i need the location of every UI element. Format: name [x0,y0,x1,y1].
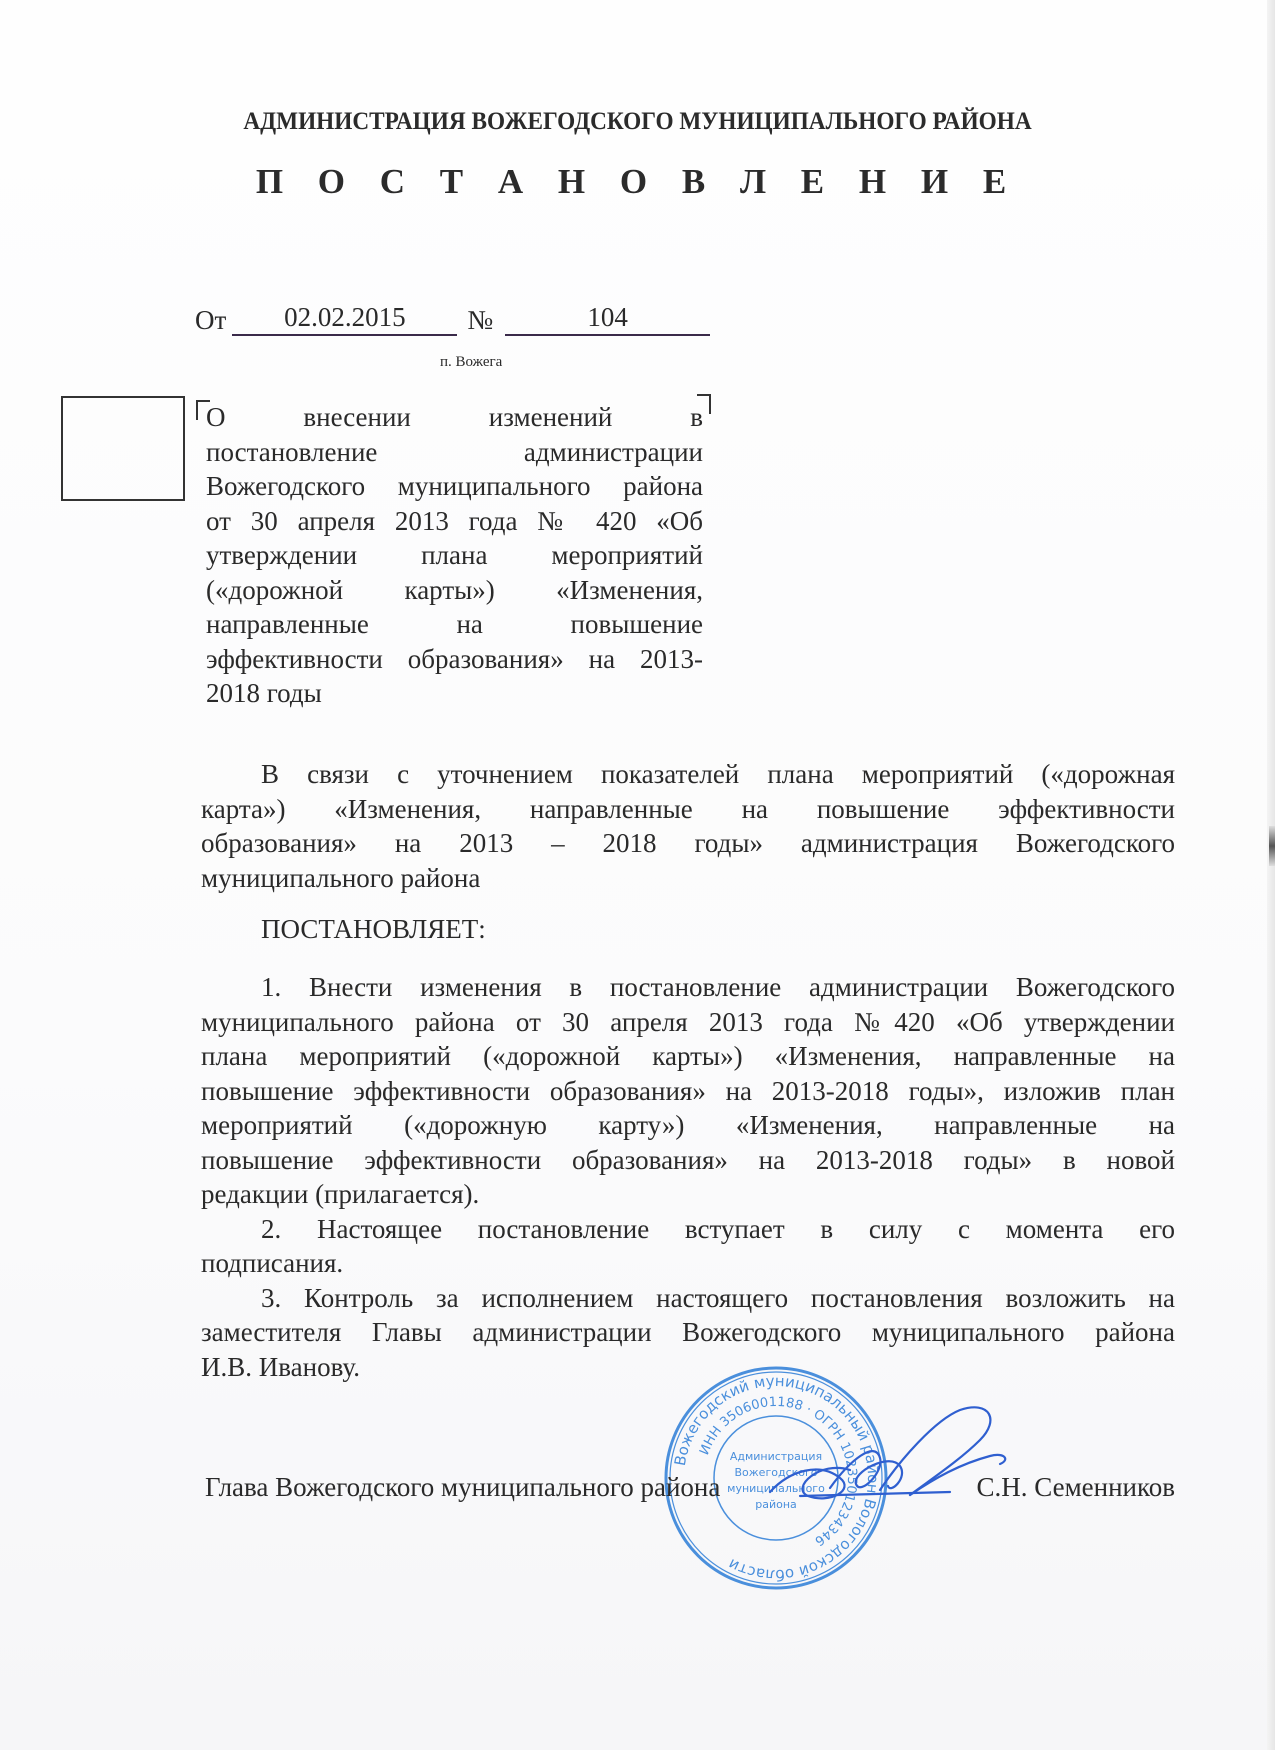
preamble-line: муниципального района [201,861,1175,896]
decree-word: ПОСТАНОВЛЯЕТ: [201,912,1235,947]
subject-line: от 30 апреля 2013 года № 420 «Об [206,504,703,539]
item-line: 3. Контроль за исполнением настоящего по… [201,1281,1175,1316]
subject-line: О внесении изменений в [206,400,703,435]
document-number: 104 [505,302,710,336]
document-type-heading: П О С Т А Н О В Л Е Н И Е [0,162,1275,202]
subject-line: утверждении плана мероприятий [206,538,703,573]
preamble-line: карта») «Изменения, направленные на повы… [201,792,1175,827]
item-line: мероприятий («дорожную карту») «Изменени… [201,1108,1175,1143]
handwritten-signature-icon [760,1400,1020,1520]
item-line: 1. Внести изменения в постановление адми… [201,970,1175,1005]
place-of-issue: п. Вожега [440,354,502,371]
subject-line: постановление администрации [206,435,703,470]
subject-line: 2018 годы [206,676,703,711]
item-line: заместителя Главы администрации Вожегодс… [201,1315,1175,1350]
preamble-line: образования» на 2013 – 2018 годы» админи… [201,826,1175,861]
date-prefix: От [195,305,226,336]
item-line: 2. Настоящее постановление вступает в си… [201,1212,1175,1247]
preamble-paragraph: В связи с уточнением показателей плана м… [201,757,1175,895]
item-line: повышение эффективности образования» на … [201,1074,1175,1109]
resolution-item-2: 2. Настоящее постановление вступает в си… [201,1212,1175,1281]
resolution-items: 1. Внести изменения в постановление адми… [201,970,1175,1384]
organization-title: АДМИНИСТРАЦИЯ ВОЖЕГОДСКОГО МУНИЦИПАЛЬНОГ… [45,108,1231,136]
resolution-item-1: 1. Внести изменения в постановление адми… [201,970,1175,1212]
preamble-line: В связи с уточнением показателей плана м… [201,757,1175,792]
item-line: подписания. [201,1246,1175,1281]
scan-artifact [1269,826,1275,866]
subject-line: Вожегодского муниципального района [206,469,703,504]
subject-line: («дорожной карты») «Изменения, [206,573,703,608]
subject-line: эффективности образования» на 2013- [206,642,703,677]
subject-line: направленные на повышение [206,607,703,642]
item-line: повышение эффективности образования» на … [201,1143,1175,1178]
signatory-position: Глава Вожегодского муниципального района [205,1472,720,1503]
item-line: плана мероприятий («дорожной карты») «Из… [201,1039,1175,1074]
page-edge [1267,0,1275,1750]
number-sign: № [467,305,493,336]
item-line: редакции (прилагается). [201,1177,1175,1212]
date-number-row: От 02.02.2015 № 104 [195,302,710,336]
registration-stamp-box [61,396,185,501]
document-subject: О внесении изменений в постановление адм… [206,400,703,711]
document-date: 02.02.2015 [232,302,457,336]
item-line: муниципального района от 30 апреля 2013 … [201,1005,1175,1040]
